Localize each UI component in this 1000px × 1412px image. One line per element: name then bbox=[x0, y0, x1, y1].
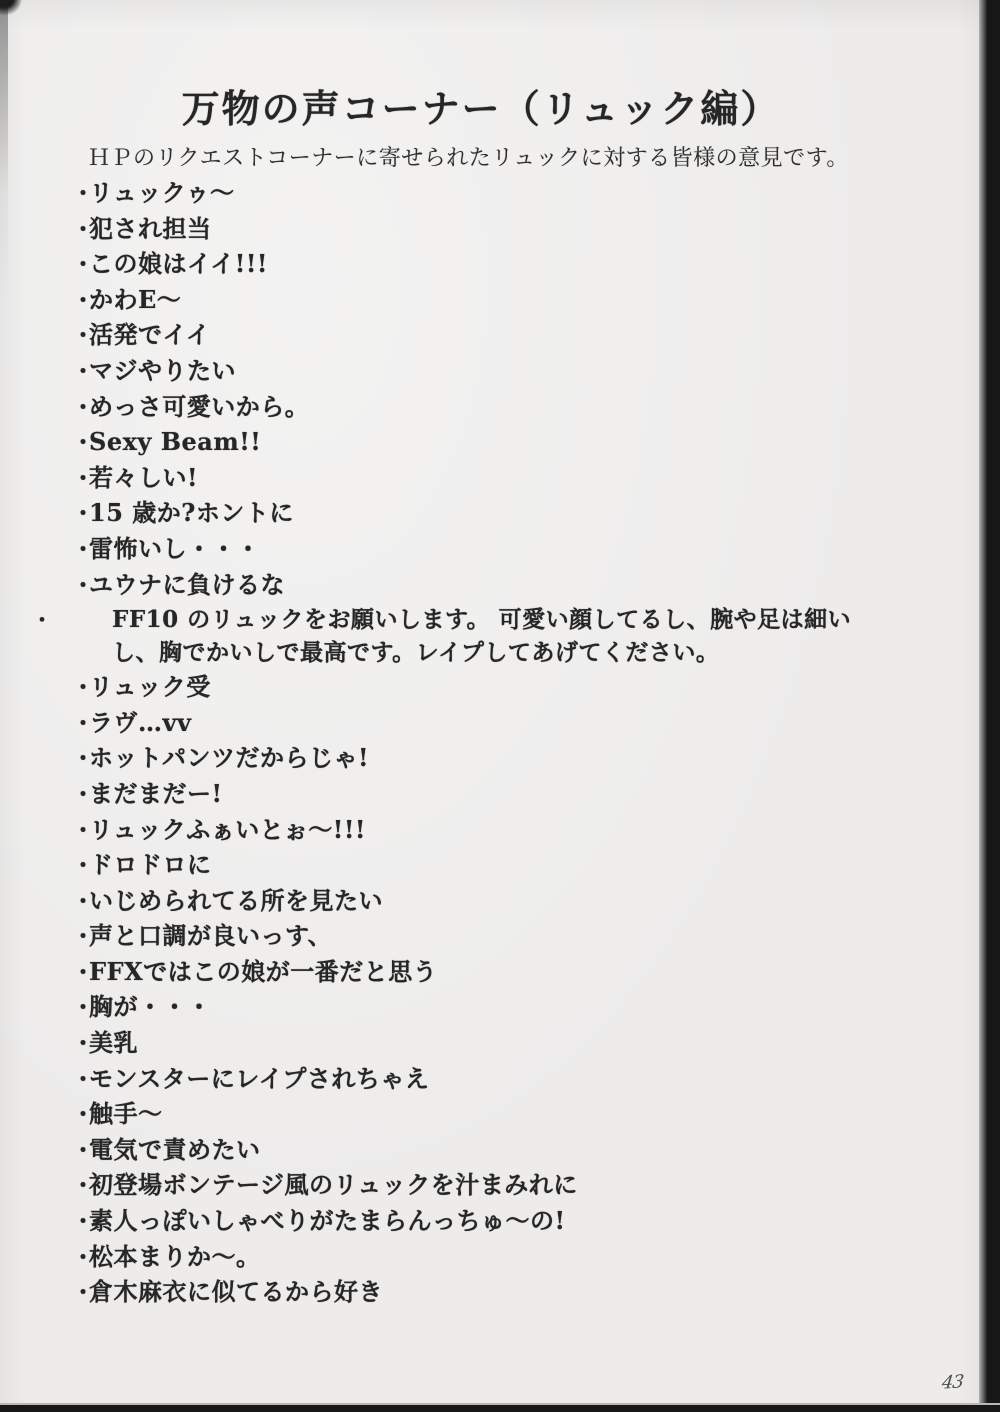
comment-text: 活発でイイ bbox=[89, 320, 210, 349]
comment-text: めっさ可愛いから。 bbox=[89, 392, 309, 421]
bullet-icon: ・ bbox=[72, 991, 89, 1027]
comment-text: 胸が・・・ bbox=[89, 992, 212, 1021]
bullet-icon: ・ bbox=[72, 213, 89, 249]
bullet-icon: ・ bbox=[72, 1063, 89, 1099]
comments-list: ・リュックゥ～ ・犯され担当 ・この娘はイイ!!! ・かわE～ ・活発でイイ ・… bbox=[72, 175, 902, 1310]
comment-text: まだまだー! bbox=[89, 779, 223, 808]
scan-right-edge bbox=[979, 0, 1000, 1412]
comment-item: ・この娘はイイ!!! bbox=[72, 246, 902, 282]
comment-text: ラヴ…vv bbox=[89, 708, 191, 737]
bullet-icon: ・ bbox=[72, 177, 89, 213]
comment-text: 松本まりか～。 bbox=[89, 1242, 261, 1271]
comment-text: Sexy Beam!! bbox=[89, 427, 261, 456]
comment-item: ・素人っぽいしゃべりがたまらんっちゅ～の! bbox=[72, 1203, 902, 1239]
comment-text: 美乳 bbox=[89, 1028, 138, 1057]
bullet-icon: ・ bbox=[72, 1134, 89, 1170]
comment-item: ・電気で責めたい bbox=[72, 1132, 902, 1168]
bullet-icon: ・ bbox=[72, 1169, 89, 1205]
comment-item: ・ラヴ…vv bbox=[72, 705, 902, 741]
bullet-icon: ・ bbox=[72, 707, 89, 743]
scan-left-smudge bbox=[0, 0, 8, 320]
bullet-icon: ・ bbox=[72, 533, 89, 569]
scan-bottom-edge bbox=[0, 1403, 1000, 1412]
bullet-icon: ・ bbox=[72, 1098, 89, 1134]
bullet-icon: ・ bbox=[72, 956, 89, 992]
comment-text: 触手～ bbox=[89, 1099, 163, 1128]
comment-item: ・まだまだー! bbox=[72, 776, 902, 812]
comment-text: モンスターにレイプされちゃえ bbox=[89, 1064, 429, 1093]
comment-item: ・触手～ bbox=[72, 1096, 902, 1132]
bullet-icon: ・ bbox=[72, 355, 89, 391]
bullet-icon: ・ bbox=[72, 319, 89, 355]
comment-text: リュックふぁいとぉ～!!! bbox=[89, 815, 366, 844]
bullet-icon: ・ bbox=[72, 814, 89, 850]
comment-text: 雷怖いし・・・ bbox=[89, 534, 261, 563]
comment-item: ・15 歳か?ホントに bbox=[72, 495, 902, 531]
comment-text: 15 歳か?ホントに bbox=[89, 498, 294, 527]
comment-text: リュックゥ～ bbox=[89, 178, 235, 207]
comment-text: かわE～ bbox=[89, 285, 181, 314]
comment-item: ・ドロドロに bbox=[72, 847, 902, 883]
bullet-icon: ・ bbox=[72, 391, 89, 427]
comment-text: FFXではこの娘が一番だと思う bbox=[89, 957, 437, 986]
scanned-page: 万物の声コーナー（リュック編） ＨＰのリクエストコーナーに寄せられたリュックに対… bbox=[0, 0, 1000, 1412]
comment-text: 素人っぽいしゃべりがたまらんっちゅ～の! bbox=[89, 1206, 566, 1235]
bullet-icon: ・ bbox=[72, 742, 89, 778]
comment-text: マジやりたい bbox=[89, 356, 236, 385]
comment-item: ・倉木麻衣に似てるから好き bbox=[72, 1274, 902, 1310]
comment-text: 犯され担当 bbox=[89, 214, 212, 243]
comment-item: ・マジやりたい bbox=[72, 353, 902, 389]
bullet-icon: ・ bbox=[72, 778, 89, 814]
bullet-icon: ・ bbox=[72, 671, 89, 707]
bullet-icon: ・ bbox=[72, 284, 89, 320]
comment-item: ・雷怖いし・・・ bbox=[72, 531, 902, 567]
comment-text: リュック受 bbox=[89, 672, 211, 701]
comment-item: ・モンスターにレイプされちゃえ bbox=[72, 1061, 902, 1097]
comment-text: 声と口調が良いっす、 bbox=[89, 921, 332, 950]
comment-item: ・FFXではこの娘が一番だと思う bbox=[72, 954, 902, 990]
comment-item: ・胸が・・・ bbox=[72, 989, 902, 1025]
comment-item: ・活発でイイ bbox=[72, 317, 902, 353]
bullet-icon: ・ bbox=[72, 1205, 89, 1241]
comment-item: ・犯され担当 bbox=[72, 211, 902, 247]
comment-item: ・めっさ可愛いから。 bbox=[72, 389, 902, 425]
bullet-icon: ・ bbox=[72, 1276, 89, 1312]
bullet-icon: ・ bbox=[72, 497, 89, 533]
comment-item: ・リュックふぁいとぉ～!!! bbox=[72, 812, 902, 848]
page-subtitle: ＨＰのリクエストコーナーに寄せられたリュックに対する皆様の意見です。 bbox=[88, 141, 849, 172]
comment-item: ・リュック受 bbox=[72, 669, 902, 705]
comment-item-long: ・FF10 のリュックをお願いします。 可愛い顔してるし、腕や足は細いし、胸でか… bbox=[72, 602, 884, 669]
bullet-icon: ・ bbox=[72, 462, 89, 498]
comment-item: ・若々しい! bbox=[72, 460, 902, 496]
comment-item: ・リュックゥ～ bbox=[72, 175, 902, 211]
page-number: 43 bbox=[941, 1371, 964, 1393]
comment-text: この娘はイイ!!! bbox=[89, 249, 268, 278]
comment-item: ・Sexy Beam!! bbox=[72, 424, 902, 460]
comment-text: 若々しい! bbox=[89, 463, 198, 492]
comment-text: 初登場ボンテージ風のリュックを汁まみれに bbox=[89, 1170, 578, 1199]
bullet-icon: ・ bbox=[72, 1241, 89, 1277]
comment-item: ・声と口調が良いっす、 bbox=[72, 918, 902, 954]
comment-text: ドロドロに bbox=[89, 850, 212, 879]
page-title: 万物の声コーナー（リュック編） bbox=[0, 78, 962, 133]
bullet-icon: ・ bbox=[72, 569, 89, 605]
bullet-icon: ・ bbox=[72, 605, 112, 637]
bullet-icon: ・ bbox=[72, 885, 89, 921]
comment-text: いじめられてる所を見たい bbox=[89, 886, 383, 915]
comment-item: ・かわE～ bbox=[72, 282, 902, 318]
comment-text: FF10 のリュックをお願いします。 可愛い顔してるし、腕や足は細いし、胸でかい… bbox=[112, 606, 851, 666]
comment-item: ・初登場ボンテージ風のリュックを汁まみれに bbox=[72, 1167, 902, 1203]
comment-item: ・いじめられてる所を見たい bbox=[72, 883, 902, 919]
comment-text: 倉木麻衣に似てるから好き bbox=[89, 1277, 383, 1306]
comment-text: 電気で責めたい bbox=[89, 1135, 261, 1164]
bullet-icon: ・ bbox=[72, 849, 89, 885]
comment-item: ・松本まりか～。 bbox=[72, 1239, 902, 1275]
bullet-icon: ・ bbox=[72, 1027, 89, 1063]
comment-text: ユウナに負けるな bbox=[89, 570, 285, 599]
comment-text: ホットパンツだからじゃ! bbox=[89, 743, 369, 772]
comment-item: ・美乳 bbox=[72, 1025, 902, 1061]
bullet-icon: ・ bbox=[72, 426, 89, 462]
bullet-icon: ・ bbox=[72, 248, 89, 284]
bullet-icon: ・ bbox=[72, 920, 89, 956]
comment-item: ・ホットパンツだからじゃ! bbox=[72, 740, 902, 776]
comment-item: ・ユウナに負けるな bbox=[72, 567, 902, 603]
